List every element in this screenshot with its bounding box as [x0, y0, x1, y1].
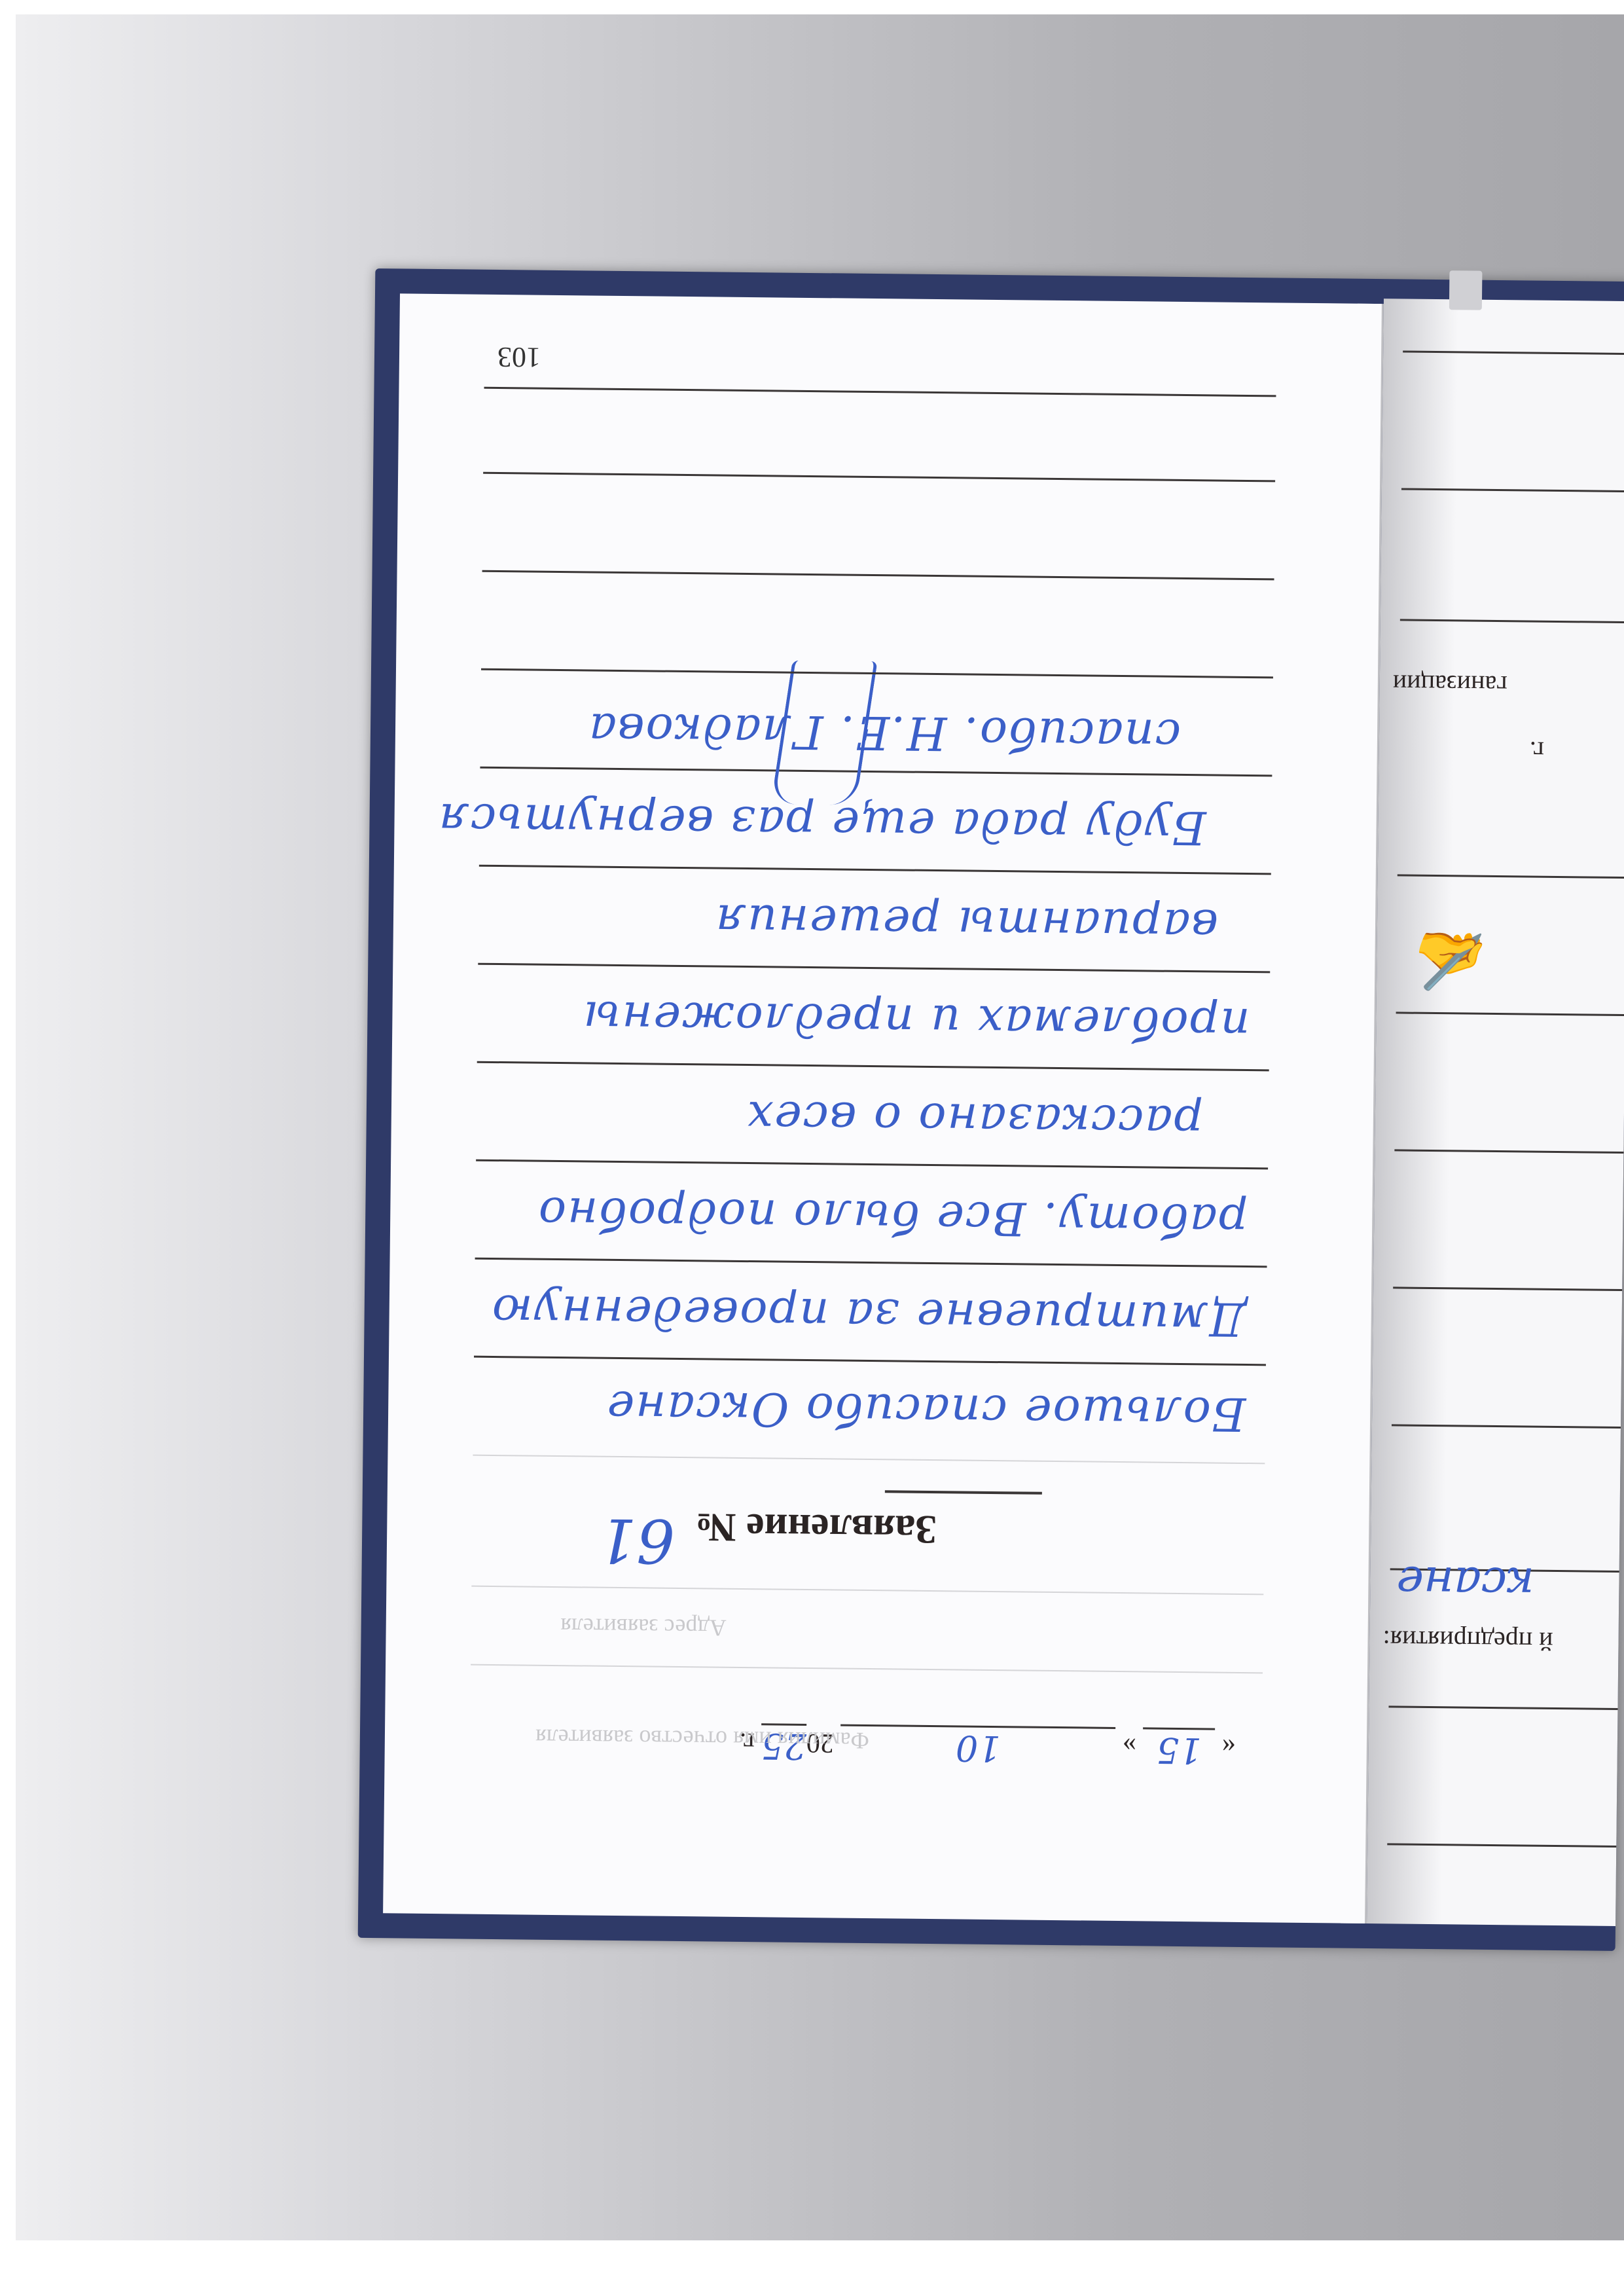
facing-enterprise-label: й предприятия: — [1382, 1624, 1553, 1657]
ruled-line — [484, 387, 1276, 397]
ruled-line — [475, 1258, 1267, 1268]
ruled-line — [1401, 488, 1624, 492]
journal-spread: й предприятия: ксане ✍ г. ганизации « 15… — [358, 268, 1624, 1951]
number-underline — [885, 1490, 1042, 1495]
date-close-quote: » — [1123, 1731, 1136, 1761]
handwritten-line: варианты решения — [714, 894, 1218, 953]
facing-signature: ✍ — [1416, 926, 1490, 995]
ruled-line — [1388, 1705, 1617, 1710]
ruled-line — [480, 767, 1272, 777]
facing-year-abbr: г. — [1530, 736, 1544, 767]
facing-handwriting: ксане — [1396, 1556, 1534, 1611]
handwritten-line: спасибо. Н.Е. Гладкова — [588, 702, 1182, 762]
applicant-signature — [770, 661, 877, 805]
ruled-line — [471, 1586, 1263, 1595]
ruled-line — [1387, 1843, 1616, 1848]
main-page: « 15 » 10 2025 г. Фамилия имя отчество з… — [383, 293, 1382, 1923]
handwritten-line: Дмитриевне за проведенную — [490, 1285, 1247, 1346]
facing-organization-label: ганизации — [1393, 668, 1507, 701]
ruled-line — [1394, 1149, 1623, 1154]
applicant-name-label: Фамилия имя отчество заявителя — [535, 1724, 869, 1755]
ruled-line — [1403, 350, 1624, 355]
facing-page: й предприятия: ксане ✍ г. ганизации — [1367, 299, 1624, 1926]
date-day: 15 — [1157, 1730, 1202, 1772]
ruled-line — [478, 963, 1270, 974]
handwritten-line: Большое спасибо Оксане — [605, 1381, 1246, 1441]
ruled-line — [476, 1159, 1268, 1170]
binding-clip — [1449, 270, 1483, 310]
ruled-line — [1392, 1424, 1621, 1429]
ruled-line — [471, 1664, 1263, 1674]
handwritten-line: проблемах и предложены — [582, 991, 1250, 1051]
ruled-line — [479, 865, 1271, 875]
ruled-line — [477, 1061, 1269, 1072]
ruled-line — [1393, 1286, 1622, 1291]
handwritten-line: рассказано о всех — [746, 1091, 1203, 1149]
applicant-address-label: Адрес заявителя — [560, 1613, 727, 1642]
ruled-line — [473, 1455, 1265, 1465]
ruled-line — [481, 668, 1273, 679]
page-number: 103 — [497, 340, 541, 374]
date-open-quote: « — [1222, 1732, 1236, 1762]
date-month: 10 — [956, 1727, 1001, 1769]
ruled-line — [1396, 1011, 1624, 1016]
ruled-line — [483, 472, 1275, 483]
ruled-line — [482, 570, 1274, 581]
form-title: Заявление № — [695, 1503, 937, 1552]
ruled-line — [474, 1356, 1266, 1366]
handwritten-line: работу. Все было подробно — [537, 1187, 1248, 1248]
application-number: 61 — [598, 1505, 675, 1576]
ruled-line — [1400, 619, 1624, 623]
ruled-line — [1398, 874, 1624, 879]
